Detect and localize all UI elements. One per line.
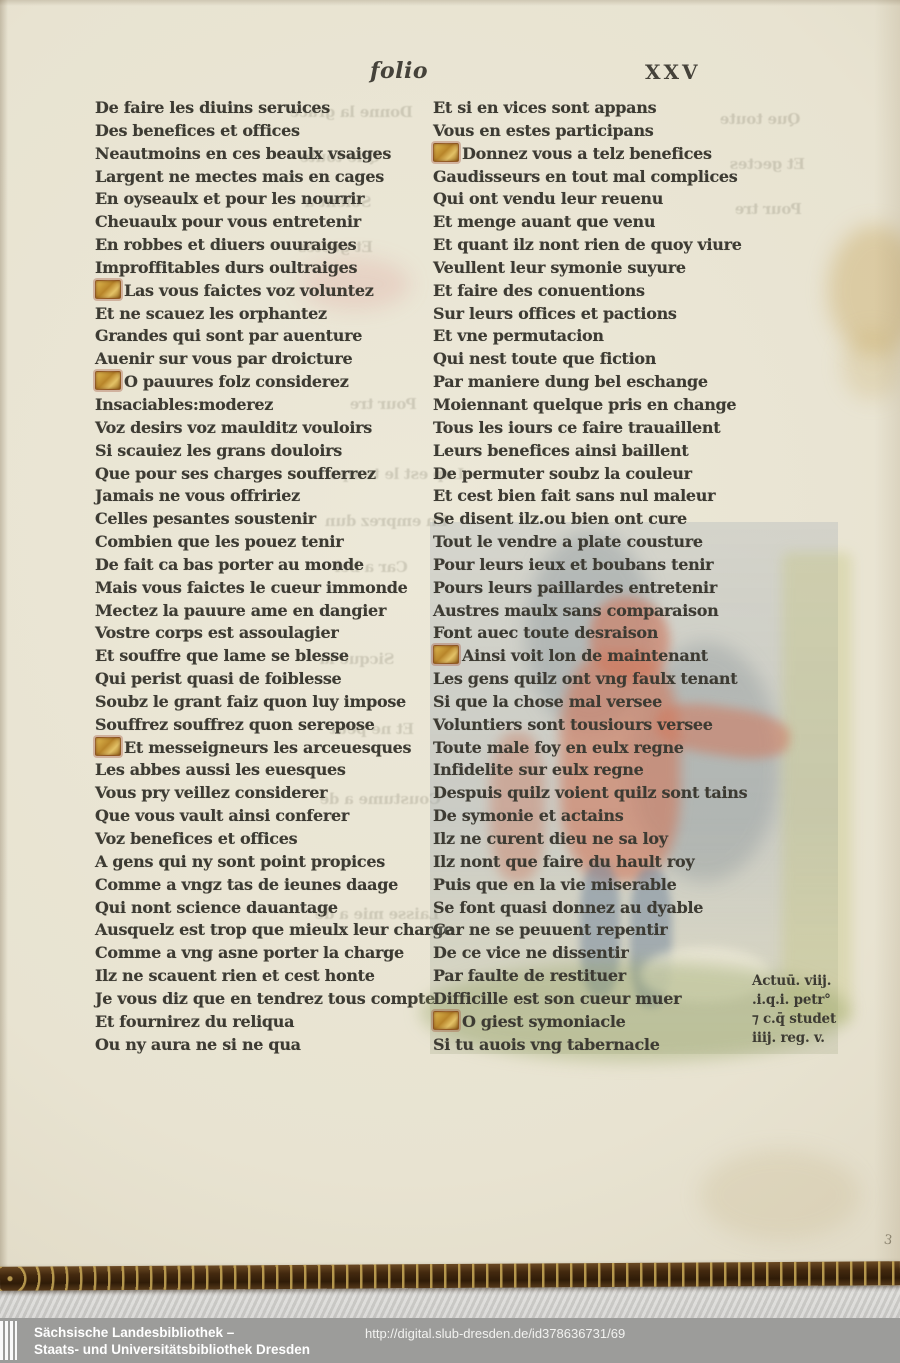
verse-line: O giest symoniacle [433, 1011, 763, 1034]
verse-line: Comme a vngz tas de ieunes daage [95, 874, 430, 897]
parchment-stain [700, 1150, 860, 1240]
verse-text: Donnez vous a telz benefices [462, 144, 712, 163]
verse-line: Par faulte de restituer [433, 965, 763, 988]
verse-line: Les gens quilz ont vng faulx tenant [433, 668, 763, 691]
library-footer-bar: Sächsische Landesbibliothek – Staats- un… [0, 1318, 900, 1363]
verse-line: Font auec toute desraison [433, 622, 763, 645]
verse-line: Se font quasi donnez au dyable [433, 897, 763, 920]
verse-line: Combien que les pouez tenir [95, 531, 430, 554]
verse-text: Las vous faictes voz voluntez [124, 281, 374, 300]
verse-line: Pour leurs ieux et boubans tenir [433, 554, 763, 577]
verse-line: Et faire des conuentions [433, 280, 763, 303]
verse-line: Et si en vices sont appans [433, 97, 763, 120]
verse-text: Et messeigneurs les arceuesques [124, 738, 411, 757]
verse-line: Qui nont science dauantage [95, 897, 430, 920]
gold-initial-mark [433, 645, 459, 664]
verse-line: Ausquelz est trop que mieulx leur charge [95, 919, 430, 942]
doorway-wash [782, 552, 852, 1022]
gold-initial-mark [95, 280, 121, 299]
verse-line: Ou ny aura ne si ne qua [95, 1034, 430, 1057]
gloss-line: .i.q.i. petr° [752, 991, 847, 1010]
verse-line: Ilz ne scauent rien et cest honte [95, 965, 430, 988]
verse-line: Qui nest toute que fiction [433, 348, 763, 371]
marginal-citation: Actuū. viij..i.q.i. petr°⁊ c.q̄ studetii… [752, 972, 847, 1048]
verse-line: Ilz nont que faire du hault roy [433, 851, 763, 874]
verse-line: Difficille est son cueur muer [433, 988, 763, 1011]
verse-line: Souffrez souffrez quon serepose [95, 714, 430, 737]
verse-text: Ainsi voit lon de maintenant [462, 646, 708, 665]
gold-initial-mark [95, 737, 121, 756]
verse-line: Infidelite sur eulx regne [433, 759, 763, 782]
verse-line: Mectez la pauure ame en dangier [95, 600, 430, 623]
verse-line: En robbes et diuers ouuraiges [95, 234, 430, 257]
verse-line: Gaudisseurs en tout mal complices [433, 166, 763, 189]
verse-line: Celles pesantes soustenir [95, 508, 430, 531]
verse-line: Las vous faictes voz voluntez [95, 280, 430, 303]
verse-line: Que vous vault ainsi conferer [95, 805, 430, 828]
verse-line: Et quant ilz nont rien de quoy viure [433, 234, 763, 257]
verse-line: A gens qui ny sont point propices [95, 851, 430, 874]
running-title: folio [370, 58, 428, 84]
verse-line: Vous en estes participans [433, 120, 763, 143]
verse-line: Austres maulx sans comparaison [433, 600, 763, 623]
gold-initial-mark [433, 1011, 459, 1030]
verse-line: Et fournirez du reliqua [95, 1011, 430, 1034]
verse-line: Improffitables durs oultraiges [95, 257, 430, 280]
verse-line: Ainsi voit lon de maintenant [433, 645, 763, 668]
verse-line: Vostre corps est assoulagier [95, 622, 430, 645]
gold-initial-mark [95, 371, 121, 390]
verse-line: Vous pry veillez considerer [95, 782, 430, 805]
verse-line: O pauures folz considerez [95, 371, 430, 394]
verse-line: Qui perist quasi de foiblesse [95, 668, 430, 691]
verse-line: De ce vice ne dissentir [433, 942, 763, 965]
library-name: Sächsische Landesbibliothek – Staats- un… [34, 1324, 310, 1358]
verse-line: Et souffre que lame se blesse [95, 645, 430, 668]
digital-collection-url[interactable]: http://digital.slub-dresden.de/id3786367… [365, 1326, 625, 1341]
verse-line: Et vne permutacion [433, 325, 763, 348]
verse-line: Sur leurs offices et pactions [433, 303, 763, 326]
verse-line: Les abbes aussi les euesques [95, 759, 430, 782]
left-text-column: De faire les diuins seruicesDes benefice… [95, 97, 430, 1056]
verse-line: Qui ont vendu leur reuenu [433, 188, 763, 211]
verse-line: En oyseaulx et pour les nourrir [95, 188, 430, 211]
verse-text: O pauures folz considerez [124, 372, 349, 391]
verse-line: Je vous diz que en tendrez tous compte [95, 988, 430, 1011]
verse-line: Et cest bien fait sans nul maleur [433, 485, 763, 508]
slub-logo-icon [0, 1321, 17, 1360]
verse-line: Neautmoins en ces beaulx vsaiges [95, 143, 430, 166]
verse-line: Veullent leur symonie suyure [433, 257, 763, 280]
verse-line: Que pour ses charges soufferrez [95, 463, 430, 486]
verse-line: De permuter soubz la couleur [433, 463, 763, 486]
parchment-stain [842, 330, 900, 400]
verse-text: O giest symoniacle [462, 1012, 626, 1031]
verse-line: Si scauiez les grans douloirs [95, 440, 430, 463]
verse-line: Largent ne mectes mais en cages [95, 166, 430, 189]
verse-line: Despuis quilz voient quilz sont tains [433, 782, 763, 805]
verse-line: Comme a vng asne porter la charge [95, 942, 430, 965]
verse-line: Voz desirs voz maulditz vouloirs [95, 417, 430, 440]
verse-line: Jamais ne vous offririez [95, 485, 430, 508]
verse-line: Par maniere dung bel eschange [433, 371, 763, 394]
pencil-foliation: 3 [883, 1232, 893, 1248]
verse-line: Ilz ne curent dieu ne sa loy [433, 828, 763, 851]
verse-line: Pours leurs paillardes entretenir [433, 577, 763, 600]
verse-line: Et ne scauez les orphantez [95, 303, 430, 326]
verse-line: Et messeigneurs les arceuesques [95, 737, 430, 760]
gloss-line: Actuū. viij. [752, 972, 847, 991]
verse-line: Se disent ilz.ou bien ont cure [433, 508, 763, 531]
verse-line: Soubz le grant faiz quon luy impose [95, 691, 430, 714]
verse-line: Des benefices et offices [95, 120, 430, 143]
verse-line: Si tu auois vng tabernacle [433, 1034, 763, 1057]
verse-line: De faire les diuins seruices [95, 97, 430, 120]
gold-initial-mark [433, 143, 459, 162]
verse-line: Grandes qui sont par auenture [95, 325, 430, 348]
verse-line: Si que la chose mal versee [433, 691, 763, 714]
verse-line: Voz benefices et offices [95, 828, 430, 851]
verse-line: Moiennant quelque pris en change [433, 394, 763, 417]
verse-line: Et menge auant que venu [433, 211, 763, 234]
verse-line: Leurs benefices ainsi baillent [433, 440, 763, 463]
verse-line: Toute male foy en eulx regne [433, 737, 763, 760]
manuscript-photo: Donne la grace Que toute Soient a Et gec… [0, 0, 900, 1318]
verse-line: Mais vous faictes le cueur immonde [95, 577, 430, 600]
verse-line: Donnez vous a telz benefices [433, 143, 763, 166]
gloss-line: ⁊ c.q̄ studet [752, 1010, 847, 1029]
library-name-line1: Sächsische Landesbibliothek – [34, 1324, 310, 1341]
folio-number: XXV [645, 60, 701, 84]
gloss-line: iiij. reg. v. [752, 1029, 847, 1048]
parchment-stain [828, 225, 900, 355]
verse-line: Car ne se peuuent repentir [433, 919, 763, 942]
verse-line: Voluntiers sont tousiours versee [433, 714, 763, 737]
verse-line: Tout le vendre a plate cousture [433, 531, 763, 554]
verse-line: De fait ca bas porter au monde [95, 554, 430, 577]
verse-line: Puis que en la vie miserable [433, 874, 763, 897]
verse-line: De symonie et actains [433, 805, 763, 828]
verse-line: Insaciables:moderez [95, 394, 430, 417]
right-text-column: Et si en vices sont appansVous en estes … [433, 97, 763, 1056]
verse-line: Auenir sur vous par droicture [95, 348, 430, 371]
library-name-line2: Staats- und Universitätsbibliothek Dresd… [34, 1341, 310, 1358]
verse-line: Tous les iours ce faire trauaillent [433, 417, 763, 440]
background-cloth [0, 1286, 900, 1318]
verse-line: Cheuaulx pour vous entretenir [95, 211, 430, 234]
